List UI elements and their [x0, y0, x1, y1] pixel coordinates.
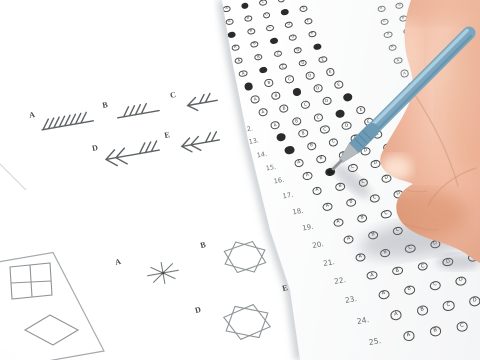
- pen-body-highlight: [367, 31, 467, 131]
- pen-tip: [327, 169, 333, 174]
- pen-grip: [355, 130, 372, 147]
- pen: [0, 0, 480, 360]
- photo-answer-sheet-scene: A B C D E A B D E ACDEABCEBCDEABDEABCDAC…: [0, 0, 480, 360]
- pen-body-shade: [371, 36, 471, 136]
- pen-nib: [333, 161, 341, 169]
- pen-body: [369, 33, 469, 133]
